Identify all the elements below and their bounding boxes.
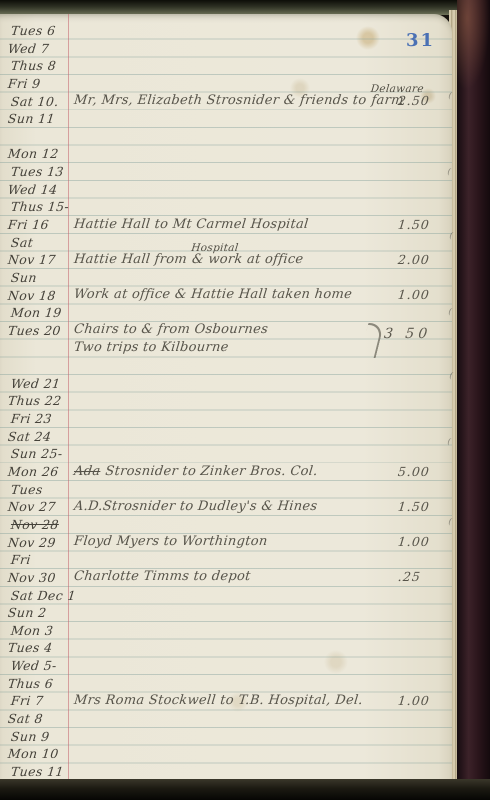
- row-entry-text: [73, 481, 75, 496]
- ledger-row: Wed 14: [0, 181, 452, 199]
- ledger-row: Sat 8: [0, 710, 452, 728]
- row-entry-text: [73, 199, 75, 214]
- row-amount: .25: [397, 569, 451, 584]
- ledger-row: Mon 26 AdaStrosnider to Zinker Bros. Col…: [0, 463, 452, 481]
- row-entry-text: [73, 58, 75, 73]
- row-date: Mon 26: [7, 464, 59, 479]
- row-entry: Work at office & Hattie Hall taken home: [73, 287, 358, 302]
- row-date: Nov 27: [7, 499, 56, 514]
- row-entry-tail: Strosnider to Zinker Bros. Col.: [105, 464, 319, 479]
- ledger-row: Sat 24: [0, 428, 452, 446]
- ledger-rows: Tues 6 Wed 7 Thus 8 Fri 9 Sat 10. Mr, Mr…: [0, 22, 452, 781]
- row-entry-text: Hattie Hall from: [73, 252, 188, 267]
- row-date: Wed 21: [10, 376, 61, 391]
- row-entry: Chairs to & from Osbournes: [73, 322, 274, 337]
- ledger-row: Sun 2: [0, 604, 452, 622]
- ledger-row: Sun 9: [0, 728, 452, 746]
- ledger-row: [0, 128, 452, 146]
- row-entry: [73, 393, 80, 408]
- ledger-row: Tues 13: [0, 163, 452, 181]
- row-entry-text: [73, 234, 75, 249]
- row-date: Mon 12: [7, 146, 59, 161]
- ledger-row: Thus 6: [0, 675, 452, 693]
- ledger-row: [0, 357, 452, 375]
- ledger-row: Fri 16 Hattie Hall to Mt Carmel Hospital…: [0, 216, 452, 234]
- row-entry: Hattie Hall to Mt Carmel Hospital: [73, 217, 314, 232]
- row-date: Nov 28: [10, 517, 59, 532]
- row-date: Mon 3: [10, 623, 54, 638]
- row-entry-text: [73, 111, 75, 126]
- row-date: Wed 7: [7, 41, 50, 56]
- row-date: Sat 8: [7, 711, 44, 726]
- ledger-row: Tues 4: [0, 639, 452, 657]
- row-entry-text: Two trips to Kilbourne: [73, 340, 229, 355]
- row-entry-text: [73, 75, 75, 90]
- ledger-row: Nov 29 Floyd Myers to Worthington 1.00: [0, 534, 452, 552]
- row-entry-text: [73, 428, 75, 443]
- row-date: Tues 6: [10, 23, 56, 38]
- ledger-row: Wed 5-: [0, 657, 452, 675]
- ledger-row: Nov 17 Hattie Hall fromHospital& work at…: [0, 251, 452, 269]
- book-cover-right: [457, 0, 490, 800]
- row-amount: 1.00: [397, 693, 451, 708]
- row-entry: [73, 146, 80, 161]
- row-entry: [73, 128, 80, 143]
- row-date: Sat 24: [7, 429, 52, 444]
- row-amount: 5.00: [397, 464, 451, 479]
- ledger-row: Thus 22: [0, 392, 452, 410]
- row-date: Tues 11: [10, 764, 64, 779]
- row-entry: [73, 516, 80, 531]
- ledger-row: Two trips to Kilbourne: [0, 340, 452, 358]
- row-entry-text: [73, 411, 75, 426]
- ledger-row: Tues 11: [0, 763, 452, 781]
- book-binding-top: [0, 0, 460, 15]
- ledger-row: Nov 28: [0, 516, 452, 534]
- row-entry-text: [73, 393, 75, 408]
- row-entry-text: [73, 763, 75, 778]
- row-entry: [73, 58, 80, 73]
- row-entry: [73, 269, 80, 284]
- row-entry-tail: & work at office: [191, 252, 304, 267]
- row-entry: [73, 605, 80, 620]
- row-entry-text: Hattie Hall to Mt Carmel Hospital: [73, 217, 309, 232]
- row-amount: 1.00: [397, 287, 451, 302]
- row-entry-text: Mrs Roma Stockwell to T.B. Hospital, Del…: [73, 693, 363, 708]
- row-entry: [73, 234, 80, 249]
- row-amount: 1.00: [397, 534, 451, 549]
- row-date: Wed 14: [7, 182, 58, 197]
- row-entry-text: [73, 128, 75, 143]
- row-entry-text: Floyd Myers to Worthington: [73, 534, 268, 549]
- row-entry-text: Mr, Mrs, Elizabeth Strosnider & friends …: [73, 93, 367, 108]
- row-date: Sun 9: [10, 729, 50, 744]
- row-entry-text: A.D.Strosnider to Dudley's & Hines: [73, 499, 318, 514]
- row-date: Sun: [10, 270, 37, 285]
- row-entry-text: [73, 710, 75, 725]
- row-entry-text: [73, 305, 75, 320]
- ledger-row: Tues 20 Chairs to & from Osbournes 3 50: [0, 322, 452, 340]
- row-entry-text: [73, 605, 75, 620]
- row-entry: [73, 111, 80, 126]
- row-entry: [73, 305, 80, 320]
- ledger-row: Nov 30 Charlotte Timms to depot .25: [0, 569, 452, 587]
- row-entry: [73, 40, 80, 55]
- row-date: Thus 15-: [10, 199, 70, 214]
- row-date: Tues 20: [7, 323, 61, 338]
- row-entry: [73, 763, 80, 778]
- ledger-page: 31 Tues 6 Wed 7 Thus 8 Fri 9 Sat 10. Mr,…: [0, 14, 452, 779]
- row-date: Fri 9: [7, 76, 41, 91]
- row-date: Thus 6: [7, 676, 54, 691]
- row-date: Mon 10: [7, 746, 59, 761]
- row-entry-text: [73, 728, 75, 743]
- row-date: Fri: [10, 552, 31, 567]
- row-entry: [73, 552, 80, 567]
- row-date: Nov 18: [7, 288, 56, 303]
- row-entry-text: [73, 375, 75, 390]
- ledger-row: Tues: [0, 481, 452, 499]
- row-entry-text: [73, 446, 75, 461]
- row-entry: [73, 710, 80, 725]
- ledger-row: Wed 21: [0, 375, 452, 393]
- ledger-row: Nov 18 Work at office & Hattie Hall take…: [0, 287, 452, 305]
- row-date: Thus 22: [7, 393, 62, 408]
- row-entry: [73, 481, 80, 496]
- row-entry: [73, 587, 80, 602]
- row-entry-text: [73, 269, 75, 284]
- row-entry: Charlotte Timms to depot: [73, 569, 256, 584]
- row-entry-text: [73, 23, 75, 38]
- row-date: Wed 5-: [10, 658, 57, 673]
- row-entry: [73, 358, 80, 373]
- row-entry-tail-wrap: Strosnider to Zinker Bros. Col.: [105, 464, 319, 479]
- row-entry: [73, 640, 80, 655]
- row-entry: [73, 728, 80, 743]
- row-date: Sat Dec 1: [10, 588, 77, 603]
- row-entry: [73, 446, 80, 461]
- book-binding-bottom: [0, 779, 490, 800]
- row-date: Tues: [10, 482, 43, 497]
- ledger-row: Wed 7: [0, 40, 452, 58]
- row-date: Fri 16: [7, 217, 50, 232]
- row-entry-text: [73, 640, 75, 655]
- row-entry: Mr, Mrs, Elizabeth Strosnider & friends …: [73, 93, 404, 108]
- inserted-word-above: Hospital: [191, 242, 239, 254]
- ledger-row: Sun 11: [0, 110, 452, 128]
- row-amount: 1.50: [397, 499, 451, 514]
- row-entry-text: Ada: [73, 464, 101, 479]
- ledger-row: Mon 3: [0, 622, 452, 640]
- row-entry: [73, 199, 80, 214]
- row-entry-text: [73, 516, 75, 531]
- ledger-row: Thus 15-: [0, 198, 452, 216]
- row-date: Nov 29: [7, 535, 56, 550]
- ledger-row: Fri 23: [0, 410, 452, 428]
- row-entry-text: [73, 622, 75, 637]
- row-date: Tues 13: [10, 164, 64, 179]
- row-date: Tues 4: [7, 640, 53, 655]
- ledger-scan: 31 Tues 6 Wed 7 Thus 8 Fri 9 Sat 10. Mr,…: [0, 0, 490, 800]
- row-date: Fri 7: [10, 693, 44, 708]
- row-entry-text: [73, 658, 75, 673]
- ledger-row: Mon 12: [0, 145, 452, 163]
- row-date: Sat: [10, 235, 34, 250]
- row-entry: Floyd Myers to Worthington: [73, 534, 273, 549]
- ledger-row: Sun 25-: [0, 445, 452, 463]
- row-entry-text: [73, 146, 75, 161]
- ledger-row: Sat 10. Mr, Mrs, Elizabeth Strosnider & …: [0, 93, 452, 111]
- row-entry: [73, 181, 80, 196]
- row-entry: Two trips to Kilbourne: [73, 340, 234, 355]
- row-date: Mon 19: [10, 305, 62, 320]
- row-date: Sun 11: [7, 111, 56, 126]
- row-amount: 2.00: [397, 252, 451, 267]
- row-entry-text: Chairs to & from Osbournes: [73, 322, 269, 337]
- ledger-row: Mon 10: [0, 745, 452, 763]
- row-entry-text: [73, 40, 75, 55]
- row-entry: [73, 375, 80, 390]
- row-entry: [73, 658, 80, 673]
- row-date: Sun 2: [7, 605, 47, 620]
- row-entry-text: [73, 181, 75, 196]
- row-date: Fri 23: [10, 411, 53, 426]
- row-amount: 1.50: [397, 217, 451, 232]
- row-entry-text: [73, 746, 75, 761]
- row-date: Sat 10.: [10, 94, 59, 109]
- row-entry-text: Work at office & Hattie Hall taken home: [73, 287, 353, 302]
- row-entry-text: [73, 675, 75, 690]
- ledger-row: Nov 27 A.D.Strosnider to Dudley's & Hine…: [0, 498, 452, 516]
- row-entry: A.D.Strosnider to Dudley's & Hines: [73, 499, 323, 514]
- row-entry: Hattie Hall fromHospital& work at office: [73, 252, 304, 267]
- row-entry-text: [73, 164, 75, 179]
- ledger-row: Sun: [0, 269, 452, 287]
- row-entry-text: Charlotte Timms to depot: [73, 569, 251, 584]
- row-entry: Mrs Roma Stockwell to T.B. Hospital, Del…: [73, 693, 368, 708]
- ledger-row: Fri: [0, 551, 452, 569]
- row-entry-text: [73, 358, 75, 373]
- row-entry: [73, 23, 80, 38]
- ledger-row: Sat Dec 1: [0, 587, 452, 605]
- row-entry: [73, 746, 80, 761]
- row-date: Sun 25-: [10, 446, 63, 461]
- row-amount: 2.50: [397, 93, 451, 108]
- ledger-row: Mon 19: [0, 304, 452, 322]
- row-date: Nov 17: [7, 252, 56, 267]
- row-entry-text: [73, 552, 75, 567]
- row-date: Nov 30: [7, 570, 56, 585]
- row-entry: [73, 164, 80, 179]
- ledger-row: Fri 7 Mrs Roma Stockwell to T.B. Hospita…: [0, 692, 452, 710]
- row-entry: [73, 411, 80, 426]
- row-entry: AdaStrosnider to Zinker Bros. Col.: [73, 464, 318, 479]
- row-entry: [73, 428, 80, 443]
- row-date: Thus 8: [10, 58, 57, 73]
- row-entry: [73, 675, 80, 690]
- row-entry: [73, 75, 80, 90]
- ledger-row: Tues 6: [0, 22, 452, 40]
- ledger-row: Thus 8: [0, 57, 452, 75]
- row-entry: [73, 622, 80, 637]
- row-entry-tail-wrap: Hospital& work at office: [191, 252, 304, 267]
